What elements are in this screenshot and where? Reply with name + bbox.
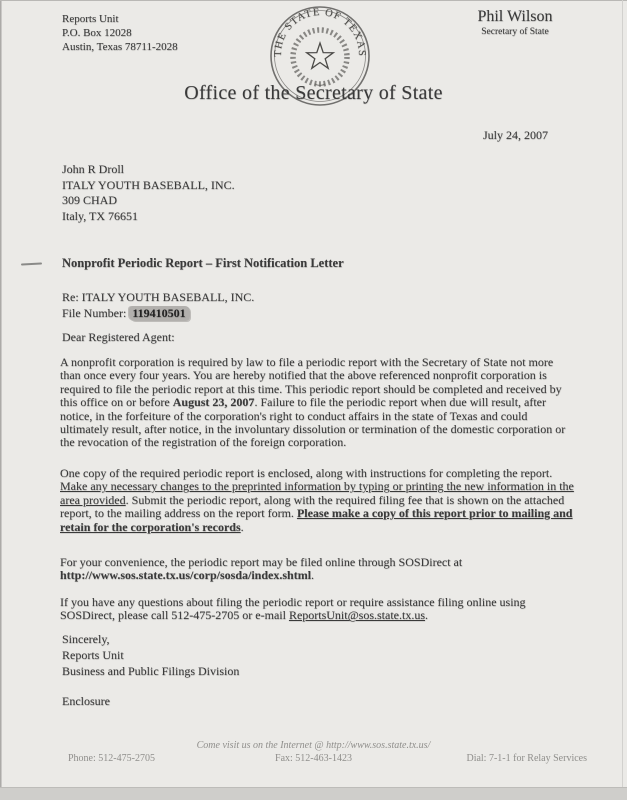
office-title: Office of the Secretary of State: [0, 82, 627, 105]
sender-address-block: Reports Unit P.O. Box 12028 Austin, Texa…: [62, 12, 178, 54]
secretary-name: Phil Wilson: [445, 8, 585, 26]
p4-period: .: [425, 608, 428, 622]
recipient-name: John R Droll: [62, 162, 235, 178]
scanned-letter-page: Reports Unit P.O. Box 12028 Austin, Texa…: [0, 0, 627, 800]
recipient-org: ITALY YOUTH BASEBALL, INC.: [62, 178, 235, 194]
paragraph-contact: If you have any questions about filing t…: [60, 596, 574, 623]
paragraph-filing-requirement: A nonprofit corporation is required by l…: [60, 356, 574, 450]
sender-city: Austin, Texas 78711-2028: [62, 40, 178, 54]
footer-relay: Dial: 7-1-1 for Relay Services: [466, 753, 587, 764]
p2-period: .: [241, 520, 244, 534]
file-number-value: 119410501: [129, 306, 189, 321]
closing-unit: Reports Unit: [62, 647, 239, 663]
scan-edge-right: [622, 0, 623, 800]
recipient-street: 309 CHAD: [62, 193, 235, 209]
secretary-title: Secretary of State: [445, 26, 585, 38]
letter-date: July 24, 2007: [0, 128, 548, 143]
due-date: August 23, 2007: [173, 395, 255, 409]
scan-edge-bottom: [0, 787, 627, 800]
file-number-label: File Number:: [62, 306, 129, 320]
seal-star: [307, 43, 334, 68]
sosdirect-url: http://www.sos.state.tx.us/corp/sosda/in…: [60, 568, 311, 582]
margin-pen-mark: [21, 262, 42, 265]
closing-division: Business and Public Filings Division: [62, 663, 239, 679]
scan-edge-top: [0, 0, 627, 1]
footer-visit-line: Come visit us on the Internet @ http://w…: [0, 740, 627, 752]
footer-contact-row: Phone: 512-475-2705 Fax: 512-463-1423 Di…: [0, 753, 627, 767]
scan-edge-left: [0, 0, 2, 800]
subject-line: Nonprofit Periodic Report – First Notifi…: [62, 256, 344, 271]
reference-block: Re: ITALY YOUTH BASEBALL, INC. File Numb…: [62, 290, 254, 321]
file-number-line: File Number: 119410501: [62, 306, 254, 322]
p3-text: For your convenience, the periodic repor…: [60, 555, 462, 569]
enclosure-note: Enclosure: [62, 694, 110, 709]
recipient-address-block: John R Droll ITALY YOUTH BASEBALL, INC. …: [62, 162, 235, 224]
p2-text: One copy of the required periodic report…: [60, 466, 552, 480]
salutation: Dear Registered Agent:: [62, 330, 175, 345]
p3-period: .: [311, 568, 314, 582]
paragraph-online-filing: For your convenience, the periodic repor…: [60, 556, 574, 583]
closing-sincerely: Sincerely,: [62, 631, 239, 647]
re-line: Re: ITALY YOUTH BASEBALL, INC.: [62, 290, 254, 306]
reports-unit-email: ReportsUnit@sos.state.tx.us: [289, 608, 425, 622]
recipient-city: Italy, TX 76651: [62, 209, 235, 225]
letter-footer: Come visit us on the Internet @ http://w…: [0, 740, 627, 767]
sender-po-box: P.O. Box 12028: [62, 26, 178, 40]
official-block: Phil Wilson Secretary of State: [445, 8, 585, 38]
closing-block: Sincerely, Reports Unit Business and Pub…: [62, 631, 239, 679]
sender-unit: Reports Unit: [62, 12, 178, 26]
paragraph-instructions: One copy of the required periodic report…: [60, 467, 574, 534]
